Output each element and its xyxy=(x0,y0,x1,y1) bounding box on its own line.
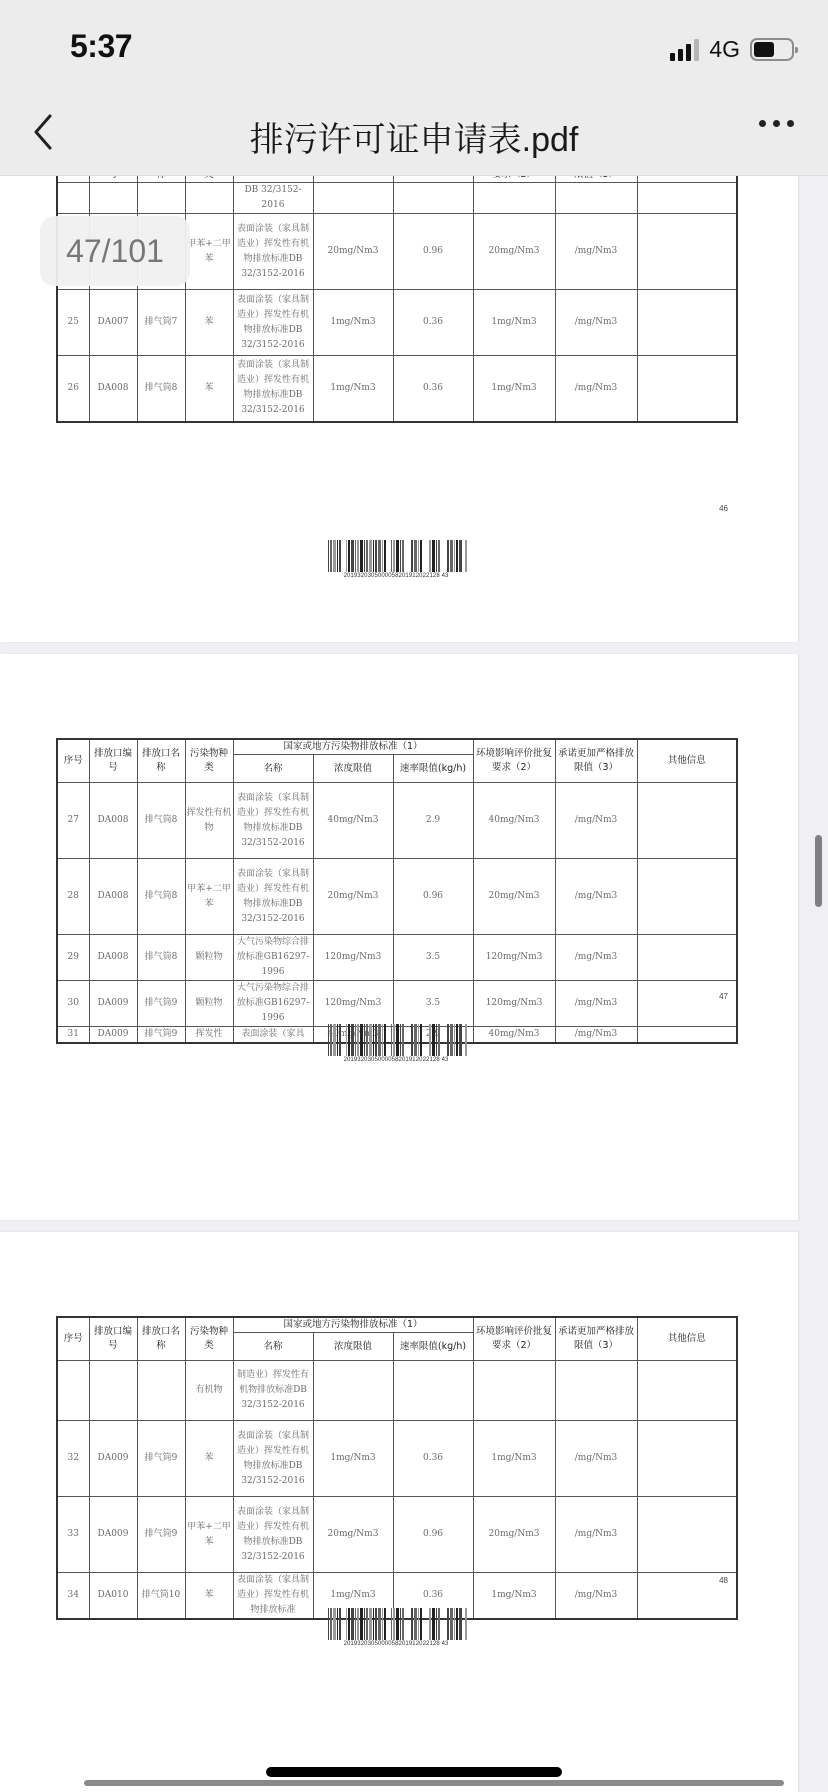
cell-rate: 0.96 xyxy=(393,214,473,290)
cell-concentration: 20mg/Nm3 xyxy=(313,1497,393,1573)
cell-concentration xyxy=(313,183,393,214)
cell-eia: 20mg/Nm3 xyxy=(473,214,555,290)
cell-concentration: 20mg/Nm3 xyxy=(313,859,393,935)
table-row: 30DA009排气筒9颗粒物大气污染物综合排放标准GB16297-1996120… xyxy=(57,981,737,1027)
cell-concentration: 120mg/Nm3 xyxy=(313,935,393,981)
cell-stricter: /mg/Nm3 xyxy=(555,981,637,1027)
cell-rate xyxy=(393,1361,473,1421)
barcode-image xyxy=(324,540,468,572)
cell-other xyxy=(637,1027,737,1044)
cell-stricter: /mg/Nm3 xyxy=(555,1497,637,1573)
cell-standard: 大气污染物综合排放标准GB16297-1996 xyxy=(233,981,313,1027)
header-standard-name: 名称 xyxy=(233,755,313,783)
cell-standard: 表面涂装（家具 xyxy=(233,1027,313,1044)
header-standard-name: 名称 xyxy=(233,1333,313,1361)
cell-outlet-name: 排气筒9 xyxy=(137,1027,185,1044)
vertical-scrollbar[interactable] xyxy=(815,835,822,907)
header-other: 其他信息 xyxy=(637,1317,737,1361)
emission-table: 序号 排放口编号 排放口名称 污染物种类 名称 浓度限值 速率限值(kg/h) … xyxy=(56,152,738,423)
cell-seq xyxy=(57,1361,89,1421)
page-number: 48 xyxy=(719,1576,728,1585)
cell-seq: 30 xyxy=(57,981,89,1027)
cell-stricter: /mg/Nm3 xyxy=(555,290,637,356)
cell-outlet-name xyxy=(137,1361,185,1421)
cell-outlet-name: 排气筒9 xyxy=(137,1497,185,1573)
ellipsis-icon xyxy=(759,120,766,127)
signal-icon xyxy=(670,39,699,61)
cell-outlet-name: 排气筒7 xyxy=(137,290,185,356)
barcode-number: 2019320305000058201912022128 43 xyxy=(324,1641,468,1647)
cell-standard: 表面涂装（家具制造业）挥发性有机物排放标准DB 32/3152-2016 xyxy=(233,356,313,422)
cell-standard: 表面涂装（家具制造业）挥发性有机物排放标准DB 32/3152-2016 xyxy=(233,859,313,935)
header-stricter: 承诺更加严格排放限值（3） xyxy=(555,1317,637,1361)
cell-outlet-name: 排气筒9 xyxy=(137,981,185,1027)
header-outlet-id: 排放口编号 xyxy=(89,739,137,783)
pdf-page: 序号 排放口编号 排放口名称 污染物种类 国家或地方污染物排放标准（1） 环境影… xyxy=(0,654,798,1220)
cell-outlet-id: DA007 xyxy=(89,290,137,356)
cell-rate: 0.36 xyxy=(393,1421,473,1497)
status-indicators: 4G xyxy=(670,36,794,63)
cell-outlet-id xyxy=(89,183,137,214)
cell-eia: 120mg/Nm3 xyxy=(473,981,555,1027)
cell-outlet-id: DA008 xyxy=(89,356,137,422)
cell-pollutant: 苯 xyxy=(185,1573,233,1620)
header-eia: 环境影响评价批复要求（2） xyxy=(473,739,555,783)
cell-stricter xyxy=(555,1361,637,1421)
cell-pollutant: 挥发性有机物 xyxy=(185,783,233,859)
cell-standard: 大气污染物综合排放标准GB16297-1996 xyxy=(233,935,313,981)
cell-other xyxy=(637,981,737,1027)
cell-seq: 31 xyxy=(57,1027,89,1044)
header-eia: 环境影响评价批复要求（2） xyxy=(473,1317,555,1361)
emission-table: 序号 排放口编号 排放口名称 污染物种类 国家或地方污染物排放标准（1） 环境影… xyxy=(56,738,738,1044)
cell-concentration: 40mg/Nm3 xyxy=(313,783,393,859)
barcode-image xyxy=(324,1608,468,1640)
header-outlet-name: 排放口名称 xyxy=(137,739,185,783)
cell-concentration: 120mg/Nm3 xyxy=(313,981,393,1027)
header-rate: 速率限值(kg/h) xyxy=(393,755,473,783)
cell-seq: 29 xyxy=(57,935,89,981)
cell-stricter: /mg/Nm3 xyxy=(555,935,637,981)
cell-other xyxy=(637,1361,737,1421)
cell-seq: 32 xyxy=(57,1421,89,1497)
cell-eia: 20mg/Nm3 xyxy=(473,1497,555,1573)
cell-other xyxy=(637,290,737,356)
cell-eia: 40mg/Nm3 xyxy=(473,783,555,859)
table-row: 26DA008排气筒8苯表面涂装（家具制造业）挥发性有机物排放标准DB 32/3… xyxy=(57,356,737,422)
header-standard-group: 国家或地方污染物排放标准（1） xyxy=(233,739,473,755)
cell-stricter: /mg/Nm3 xyxy=(555,356,637,422)
cell-outlet-id: DA008 xyxy=(89,935,137,981)
cell-outlet-id xyxy=(89,1361,137,1421)
cell-stricter xyxy=(555,183,637,214)
pdf-viewer-screen: 5:37 4G 排污许可证申请表.pdf 序号 排放口编号 排放口名称 污染物种… xyxy=(0,0,828,1792)
cell-seq: 25 xyxy=(57,290,89,356)
network-type: 4G xyxy=(709,36,740,63)
page-number: 46 xyxy=(719,504,728,513)
cell-eia: 1mg/Nm3 xyxy=(473,1421,555,1497)
cell-pollutant: 挥发性 xyxy=(185,1027,233,1044)
table-row: 有机物制造业）挥发性有机物排放标准DB 32/3152-2016 xyxy=(57,1361,737,1421)
barcode-image xyxy=(324,1024,468,1056)
cell-standard: 表面涂装（家具制造业）挥发性有机物排放标准DB 32/3152-2016 xyxy=(233,290,313,356)
header-rate: 速率限值(kg/h) xyxy=(393,1333,473,1361)
cell-pollutant: 甲苯+二甲苯 xyxy=(185,859,233,935)
table-row: DB 32/3152-2016 xyxy=(57,183,737,214)
cell-outlet-name: 排气筒8 xyxy=(137,859,185,935)
cell-rate: 0.36 xyxy=(393,356,473,422)
cell-concentration: 1mg/Nm3 xyxy=(313,356,393,422)
header-standard-group: 国家或地方污染物排放标准（1） xyxy=(233,1317,473,1333)
cell-seq: 28 xyxy=(57,859,89,935)
cell-pollutant: 颗粒物 xyxy=(185,981,233,1027)
pdf-page: 序号 排放口编号 排放口名称 污染物种类 国家或地方污染物排放标准（1） 环境影… xyxy=(0,1232,798,1792)
cell-standard: 制造业）挥发性有机物排放标准DB 32/3152-2016 xyxy=(233,1361,313,1421)
cell-pollutant xyxy=(185,183,233,214)
cell-outlet-id: DA010 xyxy=(89,1573,137,1620)
page-number: 47 xyxy=(719,992,728,1001)
cell-seq: 34 xyxy=(57,1573,89,1620)
cell-rate: 2.9 xyxy=(393,783,473,859)
header-seq: 序号 xyxy=(57,1317,89,1361)
header-pollutant: 污染物种类 xyxy=(185,1317,233,1361)
cell-pollutant: 有机物 xyxy=(185,1361,233,1421)
cell-seq: 33 xyxy=(57,1497,89,1573)
cell-seq: 26 xyxy=(57,356,89,422)
cell-seq: 27 xyxy=(57,783,89,859)
header-concentration: 浓度限值 xyxy=(313,755,393,783)
cell-eia: 1mg/Nm3 xyxy=(473,1573,555,1620)
cell-standard: 表面涂装（家具制造业）挥发性有机物排放标准DB 32/3152-2016 xyxy=(233,1421,313,1497)
cell-eia xyxy=(473,1361,555,1421)
cell-stricter: /mg/Nm3 xyxy=(555,214,637,290)
cell-other xyxy=(637,783,737,859)
cell-outlet-name: 排气筒8 xyxy=(137,783,185,859)
cell-outlet-name: 排气筒10 xyxy=(137,1573,185,1620)
page-indicator: 47/101 xyxy=(40,216,190,286)
cell-eia: 1mg/Nm3 xyxy=(473,290,555,356)
cell-outlet-id: DA009 xyxy=(89,981,137,1027)
cell-seq xyxy=(57,183,89,214)
cell-eia: 1mg/Nm3 xyxy=(473,356,555,422)
table-row: 27DA008排气筒8挥发性有机物表面涂装（家具制造业）挥发性有机物排放标准DB… xyxy=(57,783,737,859)
cell-other xyxy=(637,214,737,290)
cell-pollutant: 颗粒物 xyxy=(185,935,233,981)
table-row: 25DA007排气筒7苯表面涂装（家具制造业）挥发性有机物排放标准DB 32/3… xyxy=(57,290,737,356)
header-outlet-id: 排放口编号 xyxy=(89,1317,137,1361)
cell-standard: 表面涂装（家具制造业）挥发性有机物排放标准DB 32/3152-2016 xyxy=(233,214,313,290)
table-row: 29DA008排气筒8颗粒物大气污染物综合排放标准GB16297-1996120… xyxy=(57,935,737,981)
cell-concentration: 1mg/Nm3 xyxy=(313,290,393,356)
cell-pollutant: 苯 xyxy=(185,290,233,356)
header-pollutant: 污染物种类 xyxy=(185,739,233,783)
cell-outlet-id: DA009 xyxy=(89,1497,137,1573)
cell-pollutant: 苯 xyxy=(185,356,233,422)
cell-eia xyxy=(473,183,555,214)
table-row: 28DA008排气筒8甲苯+二甲苯表面涂装（家具制造业）挥发性有机物排放标准DB… xyxy=(57,859,737,935)
cell-pollutant: 甲苯+二甲苯 xyxy=(185,214,233,290)
cell-standard: DB 32/3152-2016 xyxy=(233,183,313,214)
cell-outlet-id: DA008 xyxy=(89,783,137,859)
cell-eia: 120mg/Nm3 xyxy=(473,935,555,981)
cell-outlet-name: 排气筒8 xyxy=(137,935,185,981)
header-outlet-name: 排放口名称 xyxy=(137,1317,185,1361)
cell-concentration: 20mg/Nm3 xyxy=(313,214,393,290)
cell-pollutant: 甲苯+二甲苯 xyxy=(185,1497,233,1573)
header-seq: 序号 xyxy=(57,739,89,783)
cell-other xyxy=(637,1421,737,1497)
cell-outlet-name: 排气筒8 xyxy=(137,356,185,422)
cell-rate xyxy=(393,183,473,214)
cell-outlet-name: 排气筒9 xyxy=(137,1421,185,1497)
table-row: 33DA009排气筒9甲苯+二甲苯表面涂装（家具制造业）挥发性有机物排放标准DB… xyxy=(57,1497,737,1573)
cell-stricter: /mg/Nm3 xyxy=(555,859,637,935)
cell-rate: 0.36 xyxy=(393,290,473,356)
cell-concentration xyxy=(313,1361,393,1421)
table-row: 32DA009排气筒9苯表面涂装（家具制造业）挥发性有机物排放标准DB 32/3… xyxy=(57,1421,737,1497)
header-stricter: 承诺更加严格排放限值（3） xyxy=(555,739,637,783)
cell-other xyxy=(637,935,737,981)
cell-stricter: /mg/Nm3 xyxy=(555,1573,637,1620)
more-button[interactable] xyxy=(759,120,794,127)
header-other: 其他信息 xyxy=(637,739,737,783)
cell-rate: 0.96 xyxy=(393,1497,473,1573)
cell-stricter: /mg/Nm3 xyxy=(555,1027,637,1044)
cell-standard: 表面涂装（家具制造业）挥发性有机物排放标准DB 32/3152-2016 xyxy=(233,1497,313,1573)
header-concentration: 浓度限值 xyxy=(313,1333,393,1361)
cell-stricter: /mg/Nm3 xyxy=(555,1421,637,1497)
barcode-number: 2019320305000058201912022128 43 xyxy=(324,573,468,579)
battery-icon xyxy=(750,38,794,61)
barcode-number: 2019320305000058201912022128 43 xyxy=(324,1057,468,1063)
emission-table: 序号 排放口编号 排放口名称 污染物种类 国家或地方污染物排放标准（1） 环境影… xyxy=(56,1316,738,1620)
cell-outlet-id: DA009 xyxy=(89,1027,137,1044)
cell-other xyxy=(637,183,737,214)
home-indicator[interactable] xyxy=(266,1767,562,1777)
cell-pollutant: 苯 xyxy=(185,1421,233,1497)
cell-other xyxy=(637,356,737,422)
cell-concentration: 1mg/Nm3 xyxy=(313,1421,393,1497)
status-time: 5:37 xyxy=(70,28,132,65)
cell-eia: 20mg/Nm3 xyxy=(473,859,555,935)
cell-rate: 3.5 xyxy=(393,981,473,1027)
horizontal-scrollbar[interactable] xyxy=(84,1780,784,1786)
cell-outlet-name xyxy=(137,183,185,214)
cell-standard: 表面涂装（家具制造业）挥发性有机物排放标准 xyxy=(233,1573,313,1620)
cell-eia: 40mg/Nm3 xyxy=(473,1027,555,1044)
cell-other xyxy=(637,859,737,935)
cell-outlet-id: DA009 xyxy=(89,1421,137,1497)
cell-stricter: /mg/Nm3 xyxy=(555,783,637,859)
cell-rate: 0.96 xyxy=(393,859,473,935)
cell-outlet-id: DA008 xyxy=(89,859,137,935)
cell-rate: 3.5 xyxy=(393,935,473,981)
top-bar: 5:37 4G 排污许可证申请表.pdf xyxy=(0,0,828,176)
cell-standard: 表面涂装（家具制造业）挥发性有机物排放标准DB 32/3152-2016 xyxy=(233,783,313,859)
cell-other xyxy=(637,1497,737,1573)
document-title: 排污许可证申请表.pdf xyxy=(0,112,828,161)
